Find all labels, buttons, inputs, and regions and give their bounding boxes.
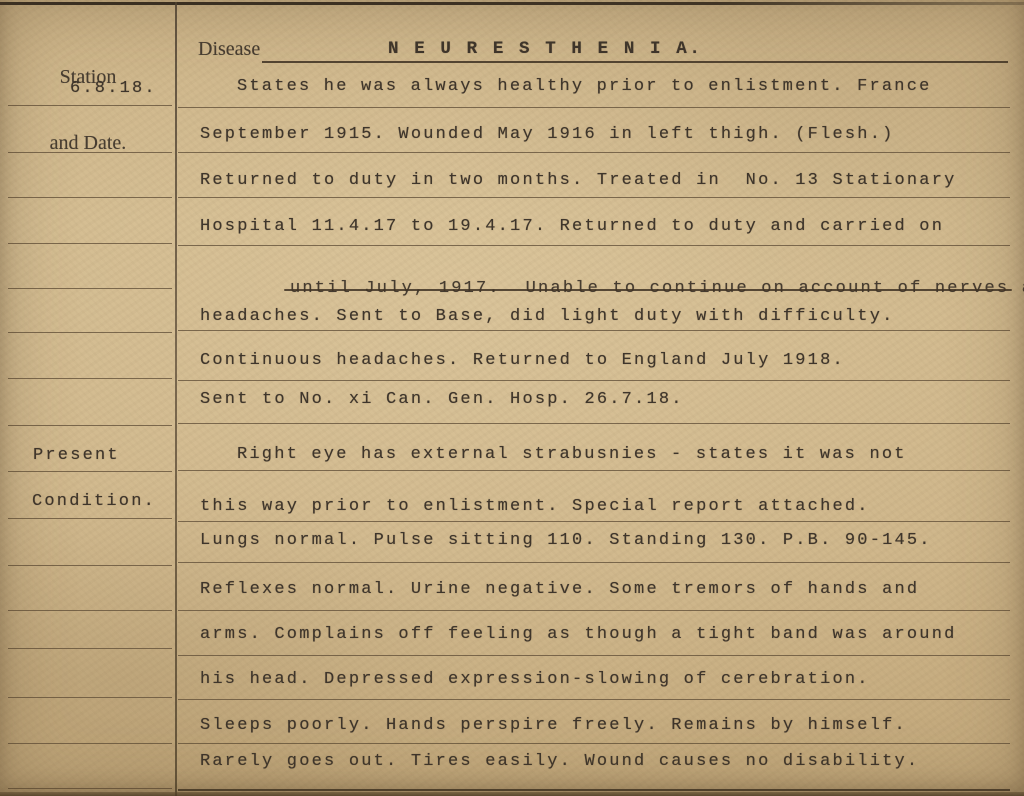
record-line: headaches. Sent to Base, did light duty … — [200, 307, 895, 327]
disease-field-label: Disease — [198, 38, 260, 60]
paper-bottom-edge — [0, 792, 1024, 796]
ruled-line — [178, 521, 1010, 522]
ruled-line — [8, 471, 172, 472]
record-line: this way prior to enlistment. Special re… — [200, 497, 870, 517]
ruled-line — [178, 743, 1010, 744]
record-line: Sent to No. xi Can. Gen. Hosp. 26.7.18. — [200, 390, 684, 410]
station-header-line2: and Date. — [8, 132, 168, 154]
ruled-line — [8, 648, 172, 649]
disease-name: N E U R E S T H E N I A. — [388, 39, 702, 59]
ruled-line — [8, 152, 172, 153]
ruled-line — [8, 565, 172, 566]
medical-record-page: Station and Date. 6.8.18. Present Condit… — [0, 0, 1024, 796]
ruled-line — [178, 699, 1010, 700]
record-line: Hospital 11.4.17 to 19.4.17. Returned to… — [200, 217, 944, 237]
station-and-date-header: Station and Date. — [8, 22, 168, 198]
ruled-line — [8, 243, 172, 244]
ruled-line — [8, 518, 172, 519]
present-condition-label-line1: Present — [33, 446, 120, 466]
ruled-line — [8, 378, 172, 379]
ruled-line — [178, 562, 1010, 563]
ruled-line — [8, 610, 172, 611]
record-line: Lungs normal. Pulse sitting 110. Standin… — [200, 531, 932, 551]
column-divider — [175, 2, 177, 796]
ruled-line — [178, 197, 1010, 198]
ruled-line — [178, 380, 1010, 381]
ruled-line — [178, 152, 1010, 153]
ruled-line — [8, 197, 172, 198]
ruled-line — [178, 470, 1010, 471]
record-line: Continuous headaches. Returned to Englan… — [200, 351, 845, 371]
record-line: States he was always healthy prior to en… — [237, 77, 932, 97]
ruled-line — [8, 697, 172, 698]
record-line: arms. Complains off feeling as though a … — [200, 625, 957, 645]
record-line: Right eye has external strabusnies - sta… — [237, 445, 907, 465]
record-line: Returned to duty in two months. Treated … — [200, 171, 957, 191]
ruled-line — [178, 655, 1010, 656]
ruled-line — [178, 789, 1010, 791]
record-line: his head. Depressed expression-slowing o… — [200, 670, 870, 690]
ruled-line — [8, 288, 172, 289]
ruled-line — [8, 105, 172, 106]
ruled-line — [178, 245, 1010, 246]
ruled-line — [8, 743, 172, 744]
ruled-line — [262, 61, 1008, 63]
ruled-line — [178, 610, 1010, 611]
record-line: Rarely goes out. Tires easily. Wound cau… — [200, 752, 919, 772]
ruled-line — [8, 788, 172, 789]
top-border — [0, 2, 1024, 5]
ruled-line — [178, 107, 1010, 108]
station-date: 6.8.18. — [70, 79, 157, 99]
ruled-line — [8, 332, 172, 333]
record-line: Sleeps poorly. Hands perspire freely. Re… — [200, 716, 907, 736]
strikethrough-line — [284, 289, 1012, 291]
ruled-line — [8, 425, 172, 426]
ruled-line — [178, 423, 1010, 424]
record-line: September 1915. Wounded May 1916 in left… — [200, 125, 895, 145]
ruled-line — [178, 330, 1010, 331]
record-line: Reflexes normal. Urine negative. Some tr… — [200, 580, 919, 600]
present-condition-label-line2: Condition. — [32, 492, 156, 512]
